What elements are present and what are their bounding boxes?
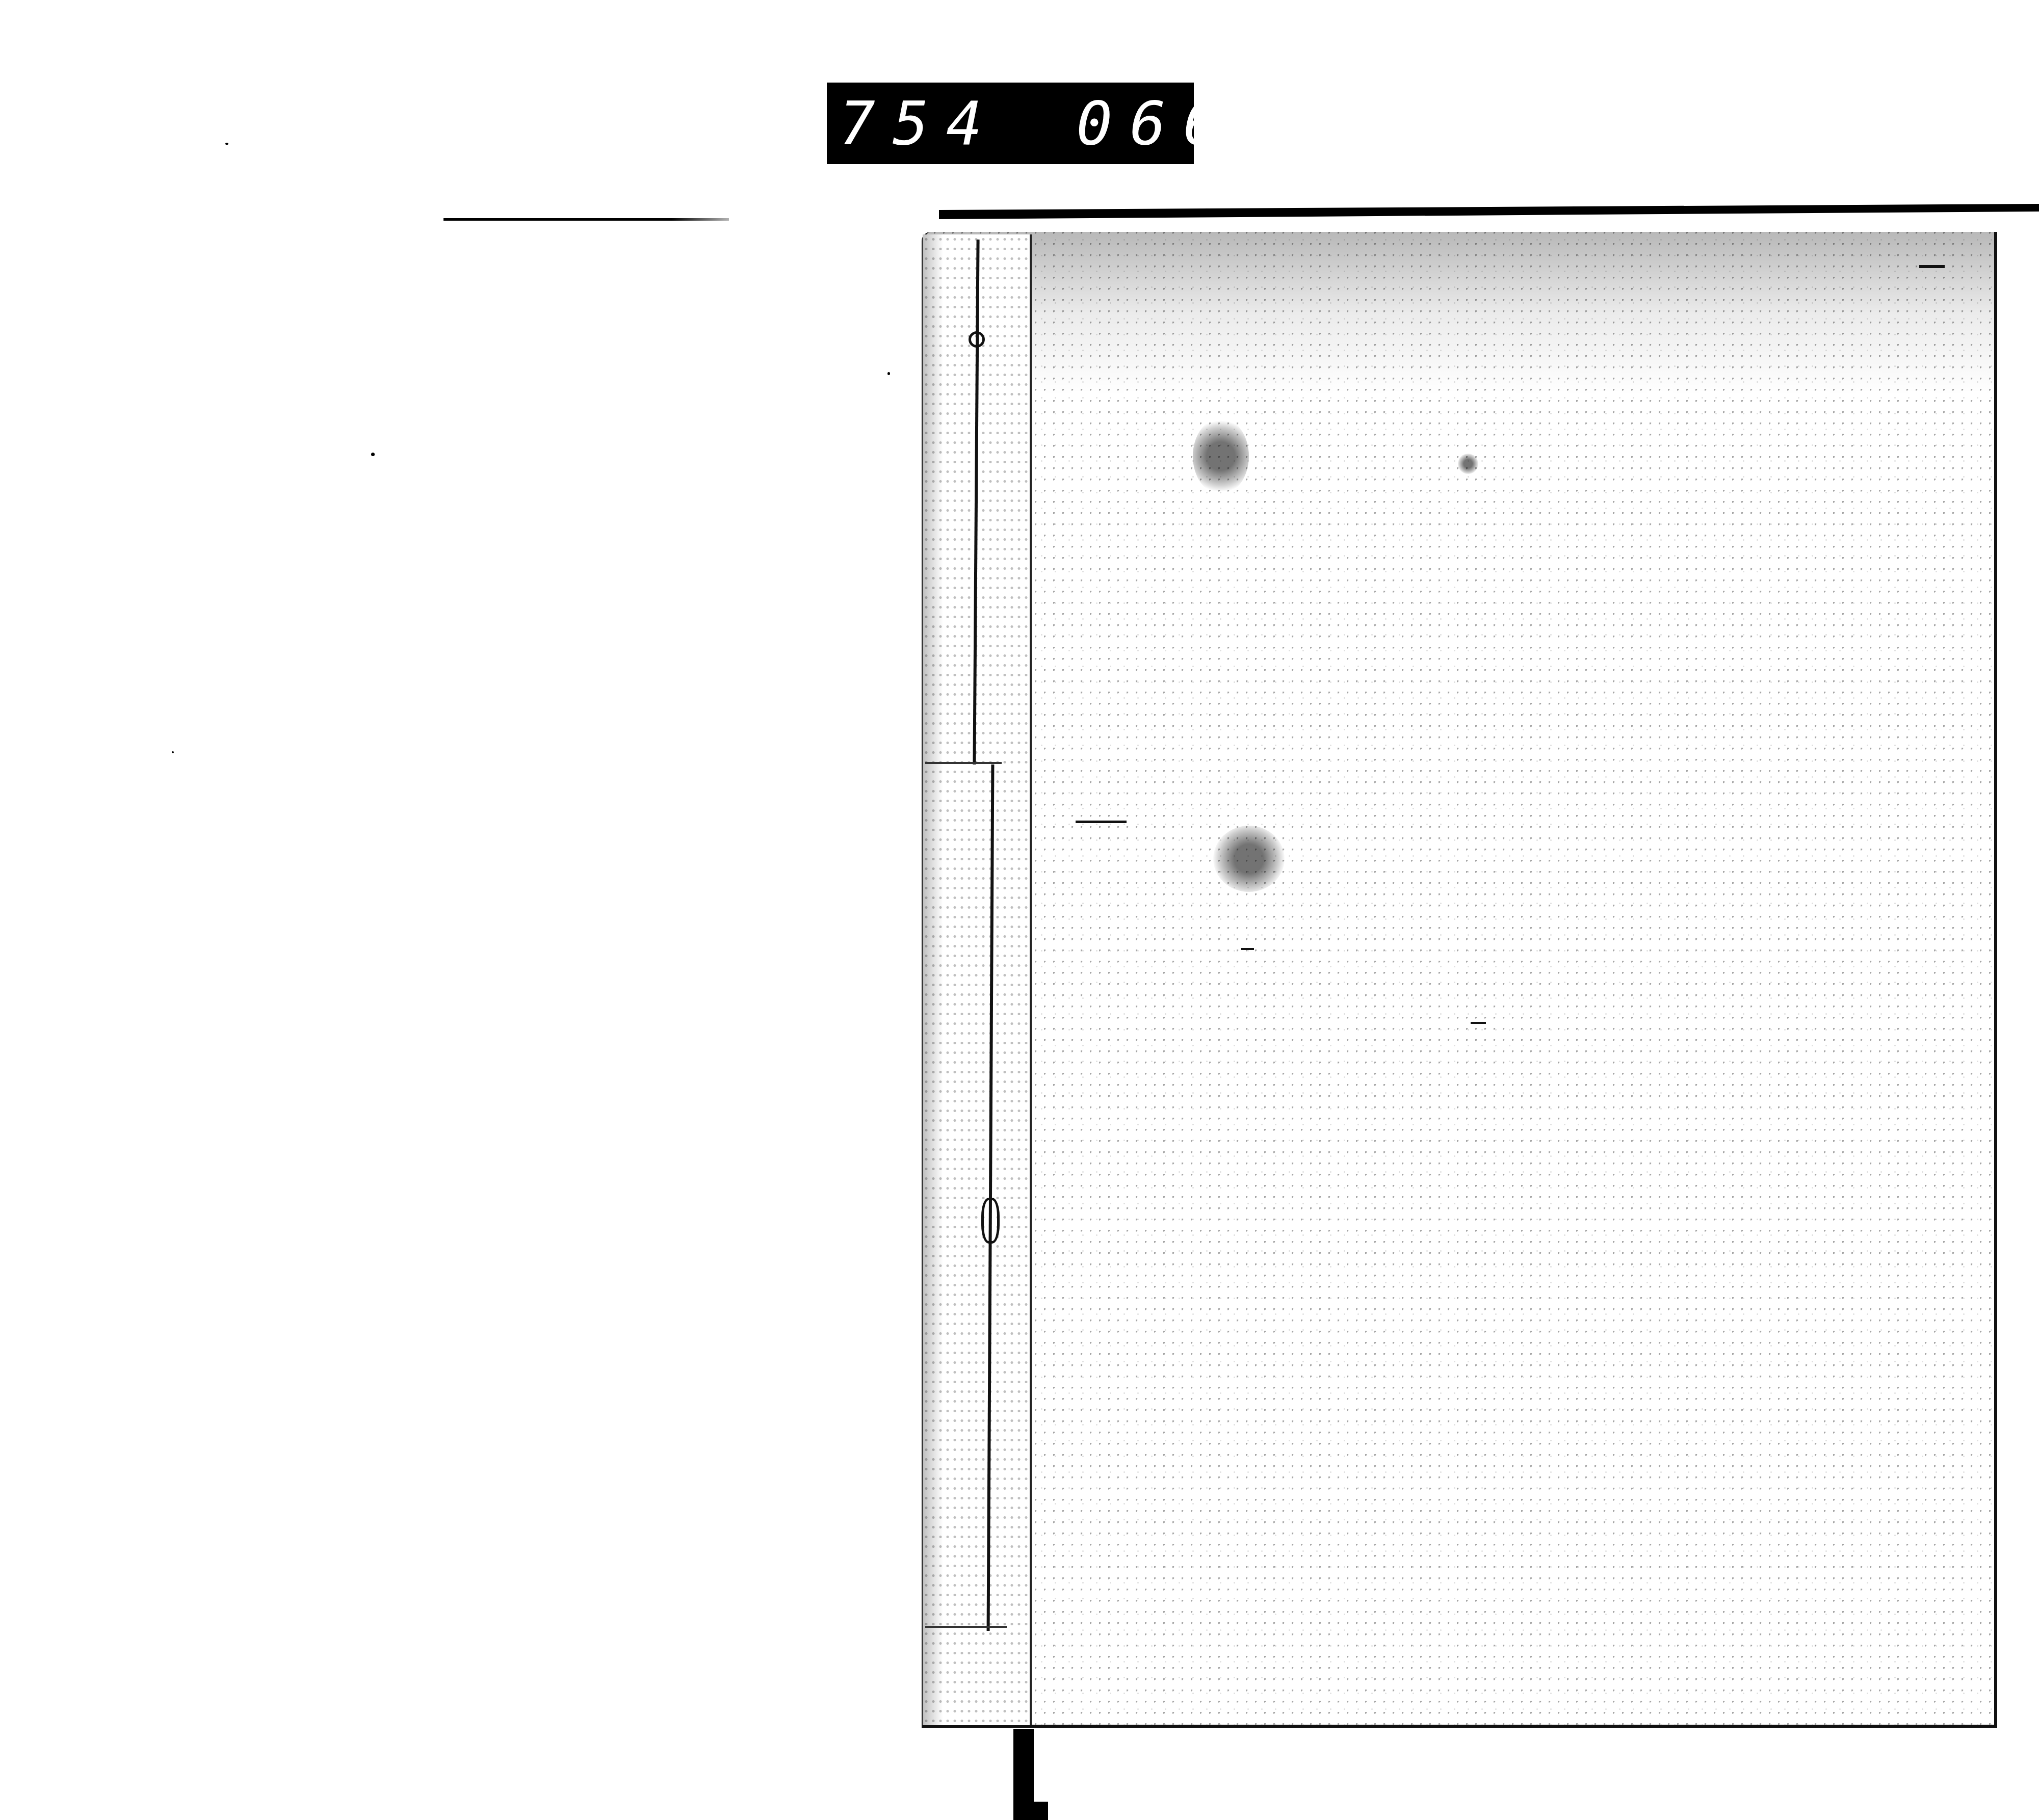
label-number-left: 754 bbox=[839, 93, 1000, 153]
binding-knot bbox=[969, 331, 985, 348]
cover-mark bbox=[1471, 1022, 1486, 1024]
book-cover bbox=[922, 232, 1997, 1728]
stray-scan-line bbox=[443, 218, 729, 221]
catalog-label: 754 066. bbox=[827, 83, 1194, 164]
cover-stain bbox=[1458, 454, 1478, 474]
cover-mark bbox=[1241, 948, 1254, 950]
cover-mark bbox=[1919, 265, 1945, 268]
scan-speck bbox=[371, 453, 375, 456]
scan-edge-block bbox=[1033, 1802, 1048, 1820]
label-number-right: 066. bbox=[1076, 93, 1290, 153]
book-top-edge bbox=[939, 204, 2039, 219]
spine-band bbox=[925, 1626, 1007, 1628]
cover-stain bbox=[1193, 418, 1249, 494]
binding-knot bbox=[981, 1198, 1000, 1244]
spine-band bbox=[925, 762, 1002, 764]
scan-speck bbox=[887, 372, 890, 375]
scan-speck bbox=[172, 751, 174, 753]
cover-stain bbox=[1213, 826, 1285, 892]
scanned-page: 754 066. bbox=[0, 0, 2039, 1820]
scan-speck bbox=[225, 143, 228, 145]
cover-mark bbox=[1076, 821, 1127, 823]
scan-edge-block bbox=[1013, 1729, 1034, 1820]
